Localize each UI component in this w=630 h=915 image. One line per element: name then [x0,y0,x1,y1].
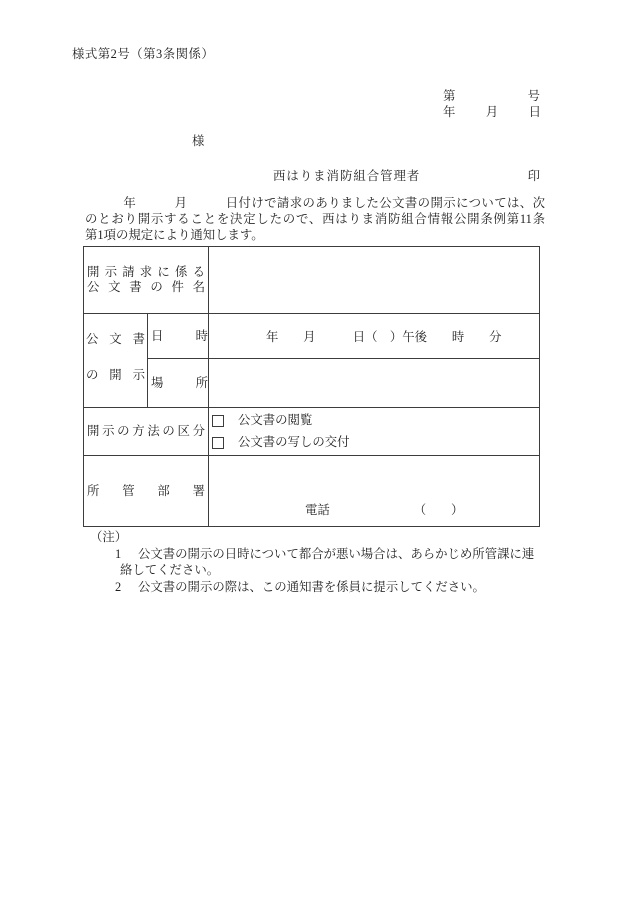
subject-label-line1: 開示請求に係る [87,265,205,280]
doc-number-line: 第 号 [443,89,540,104]
department-label: 所管部署 [87,484,205,499]
department-label-cell: 所管部署 [84,456,209,526]
issuer-line: 西はりま消防組合管理者 印 [273,168,541,184]
form-number: 様式第2号（第3条関係） [72,46,214,62]
note-item: 1 公文書の開示の日時について都合が悪い場合は、あらかじめ所管課に連 絡してくだ… [90,546,560,579]
issuer-title: 西はりま消防組合管理者 [273,168,420,184]
copy-option-label: 公文書の写しの交付 [238,436,350,449]
date-year-label: 年 [443,105,455,120]
option-row-view: 公文書の閲覧 [212,414,539,427]
method-options-cell: 公文書の閲覧 公文書の写しの交付 [209,408,539,456]
method-label: 開示の方法の区分 [87,424,205,439]
place-label-cell: 場所 [148,359,209,408]
subject-label-cell: 開示請求に係る 公文書の件名 [84,247,209,314]
doc-number-suffix: 号 [528,89,540,104]
phone-label: 電話 [305,503,330,517]
paragraph-line: 第1項の規定により通知します。 [85,227,545,243]
disclosure-label-line2: の開示 [86,368,145,383]
notes-heading: （注） [90,529,560,546]
disclosure-table: 開示請求に係る 公文書の件名 公文書 の開示 日時 年 月 日（ ）午後 時 分… [83,246,540,527]
view-option-label: 公文書の閲覧 [238,414,312,427]
note-item: 2 公文書の開示の際は、この通知書を係員に提示してください。 [90,579,560,596]
option-row-copy: 公文書の写しの交付 [212,436,539,449]
phone-number-blank: （ ） [414,503,464,517]
disclosure-group-label-cell: 公文書 の開示 [84,314,148,408]
datetime-label-cell: 日時 [148,314,209,359]
note-text: 公文書の開示の日時について都合が悪い場合は、あらかじめ所管課に連 絡してください… [138,546,560,579]
note-number: 2 [115,579,138,596]
datetime-value-cell: 年 月 日（ ）午後 時 分 [209,314,539,359]
document-page: 様式第2号（第3条関係） 第 号 年 月 日 様 西はりま消防組合管理者 印 年… [0,0,630,915]
paragraph-line: 年 月 日付けで請求のありました公文書の開示については、次 [85,195,545,211]
paragraph-line: のとおり開示することを決定したので、西はりま消防組合情報公開条例第11条 [85,211,545,227]
place-label: 場所 [151,376,208,391]
subject-value-cell [209,247,539,314]
seal-mark: 印 [528,168,541,184]
addressee-honorific: 様 [192,133,204,149]
date-month-label: 月 [486,105,498,120]
doc-number-prefix: 第 [443,89,455,104]
phone-row: 電話 （ ） [305,503,463,517]
note-text-line: 公文書の開示の日時について都合が悪い場合は、あらかじめ所管課に連 [138,546,560,563]
subject-label-line2: 公文書の件名 [87,280,205,295]
datetime-blank-template: 年 月 日（ ）午後 時 分 [266,327,501,345]
place-value-cell [209,359,539,408]
department-value-cell: 電話 （ ） [209,456,539,526]
copy-checkbox[interactable] [212,437,224,449]
disclosure-label-line1: 公文書 [86,332,145,347]
note-text-line: 絡してください。 [120,562,560,579]
note-text: 公文書の開示の際は、この通知書を係員に提示してください。 [138,579,560,596]
method-label-cell: 開示の方法の区分 [84,408,209,456]
datetime-label: 日時 [151,329,208,344]
note-text-line: 公文書の開示の際は、この通知書を係員に提示してください。 [138,579,560,596]
view-checkbox[interactable] [212,415,224,427]
body-paragraph: 年 月 日付けで請求のありました公文書の開示については、次 のとおり開示すること… [85,195,545,243]
date-line: 年 月 日 [443,105,541,120]
notes-section: （注） 1 公文書の開示の日時について都合が悪い場合は、あらかじめ所管課に連 絡… [90,529,560,595]
date-day-label: 日 [529,105,541,120]
